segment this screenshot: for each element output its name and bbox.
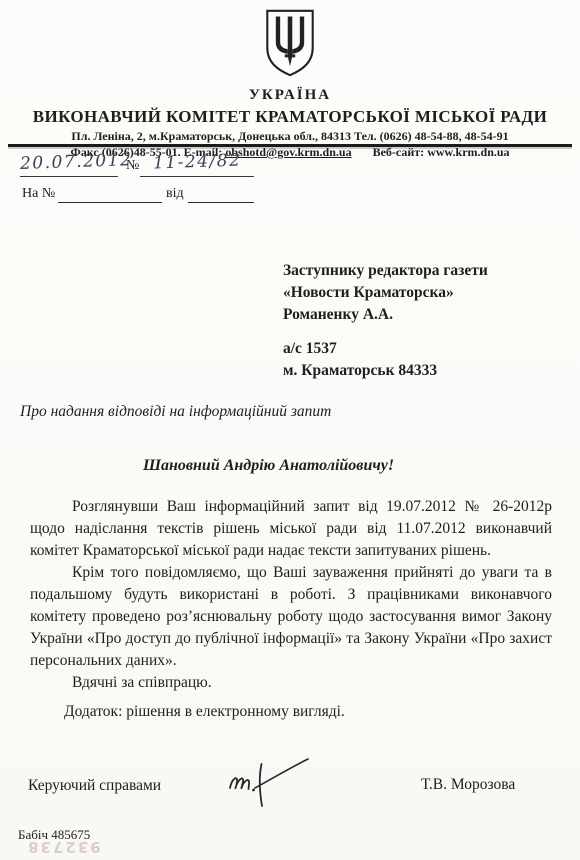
handwritten-number: 11-24/82 — [152, 150, 241, 173]
addressee-spacer — [283, 326, 488, 338]
letter-body: Розглянувши Ваш інформаційний запит від … — [30, 496, 552, 694]
body-paragraph: Вдячні за співпрацю. — [30, 672, 552, 694]
outgoing-reference-row: 20.07.2012 № 11-24/82 — [0, 152, 580, 180]
incoming-reference-row: На № від — [0, 184, 580, 206]
outgoing-date-field: 20.07.2012 — [20, 152, 118, 177]
letterhead: УКРАЇНА ВИКОНАВЧИЙ КОМІТЕТ КРАМАТОРСЬКОЇ… — [0, 6, 580, 160]
addressee-po-box: а/с 1537 — [283, 338, 488, 360]
addressee-line: Романенку А.А. — [283, 304, 488, 326]
bleedthrough-number: 932738 — [26, 838, 101, 856]
reply-number-blank-field — [58, 184, 162, 203]
handwritten-signature-stroke — [222, 748, 314, 819]
signer-position: Керуючий справами — [28, 777, 161, 795]
salutation-line: Шановний Андрію Анатолійовичу! — [143, 457, 394, 475]
outgoing-number-field: 11-24/82 — [140, 152, 254, 177]
addressee-city: м. Краматорськ 84333 — [283, 360, 488, 382]
from-date-blank-field — [188, 184, 254, 203]
scanned-letter-page: УКРАЇНА ВИКОНАВЧИЙ КОМІТЕТ КРАМАТОРСЬКОЇ… — [0, 0, 580, 860]
address-phone-line: Пл. Леніна, 2, м.Краматорськ, Донецька о… — [0, 129, 580, 144]
addressee-block: Заступнику редактора газети «Новости Кра… — [283, 260, 488, 382]
ukraine-tryzub-coat-of-arms-icon — [261, 8, 319, 83]
addressee-line: «Новости Краматорска» — [283, 282, 488, 304]
subject-line: Про надання відповіді на інформаційний з… — [20, 403, 331, 421]
from-date-label: від — [166, 186, 184, 202]
body-paragraph: Розглянувши Ваш інформаційний запит від … — [30, 496, 552, 562]
reply-to-number-label: На № — [22, 186, 55, 202]
country-name: УКРАЇНА — [0, 87, 580, 104]
letterhead-divider-rule — [8, 144, 572, 147]
handwritten-date: 20.07.2012 — [20, 150, 133, 174]
body-paragraph: Крім того повідомляємо, що Ваші зауважен… — [30, 562, 552, 672]
addressee-line: Заступнику редактора газети — [283, 260, 488, 282]
number-sign-label: № — [126, 158, 139, 174]
signer-name: Т.В. Морозова — [421, 776, 515, 794]
organization-name: ВИКОНАВЧИЙ КОМІТЕТ КРАМАТОРСЬКОЇ МІСЬКОЇ… — [0, 107, 580, 127]
attachment-line: Додаток: рішення в електронному вигляді. — [64, 703, 345, 721]
